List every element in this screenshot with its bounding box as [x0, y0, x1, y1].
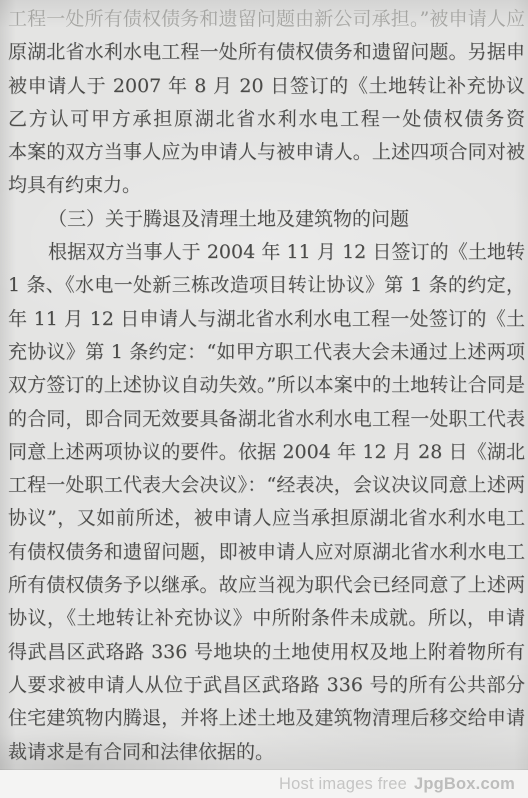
scanned-document-page: 工程一处所有债权债务和遗留问题由新公司承担。”被申请人应当承担 原湖北省水利水电… [0, 0, 528, 798]
text-line: 得武昌区武珞路 336 号地块的土地使用权及地上附着物所有权。申请 [8, 636, 525, 669]
text-line: 工程一处职工代表大会决议》：“经表决，会议决议同意上述两项转让 [8, 469, 525, 502]
text-line: 根据双方当事人于 2004 年 11 月 12 日签订的《土地转让协议》第 [8, 236, 525, 269]
text-line: 1 条、《水电一处新三栋改造项目转让协议》第 1 条的约定，又据 2004 [8, 269, 525, 302]
text-line: 年 11 月 12 日申请人与湖北省水利水电工程一处签订的《土地转让补 [8, 303, 525, 336]
watermark-bar: Host images free JpgBox.com [0, 770, 528, 798]
text-line: 工程一处所有债权债务和遗留问题由新公司承担。”被申请人应当承担 [8, 3, 525, 36]
text-line: 协议，《土地转让补充协议》中所附条件未成就。所以，申请人应当取 [8, 602, 525, 635]
text-line: 充协议》第 1 条约定：“如甲方职工代表大会未通过上述两项协议，则 [8, 336, 525, 369]
text-line: 所有债权债务予以继承。故应当视为职代会已经同意了上述两项转让 [8, 569, 525, 602]
watermark-brand: JpgBox.com [414, 775, 515, 794]
text-line: 住宅建筑物内腾退，并将上述土地及建筑物清理后移交给申请人的仲 [8, 702, 525, 735]
text-line: 均具有约束力。 [8, 169, 525, 202]
text-line: 人要求被申请人从位于武昌区武珞路 336 号的所有公共部分土地及非 [8, 669, 525, 702]
text-line: 本案的双方当事人应为申请人与被申请人。上述四项合同对被申请人 [8, 136, 525, 169]
document-body-text: 工程一处所有债权债务和遗留问题由新公司承担。”被申请人应当承担 原湖北省水利水电… [8, 3, 525, 769]
text-line: 被申请人于 2007 年 8 月 20 日签订的《土地转让补充协议（二）》：“一… [8, 70, 525, 103]
text-line: 有债权债务和遗留问题，即被申请人应对原湖北省水利水电工程一处 [8, 536, 525, 569]
text-line: 乙方认可甲方承担原湖北省水利水电工程一处债权债务资格。”所以， [8, 103, 525, 136]
text-line: 裁请求是有合同和法律依据的。 [8, 736, 525, 769]
text-line: 协议”，又如前所述，被申请人应当承担原湖北省水利水电工程一处所 [8, 502, 525, 535]
text-line: 同意上述两项协议的要件。依据 2004 年 12 月 28 日《湖北省水利水电 [8, 436, 525, 469]
text-line: 的合同，即合同无效要具备湖北省水利水电工程一处职工代表大会不 [8, 403, 525, 436]
section-heading: （三）关于腾退及清理土地及建筑物的问题 [8, 203, 525, 236]
text-line: 双方签订的上述协议自动失效。”所以本案中的土地转让合同是附条件 [8, 369, 525, 402]
watermark-text: Host images free [279, 775, 407, 794]
text-line: 原湖北省水利水电工程一处所有债权债务和遗留问题。另据申请人与 [8, 36, 525, 69]
